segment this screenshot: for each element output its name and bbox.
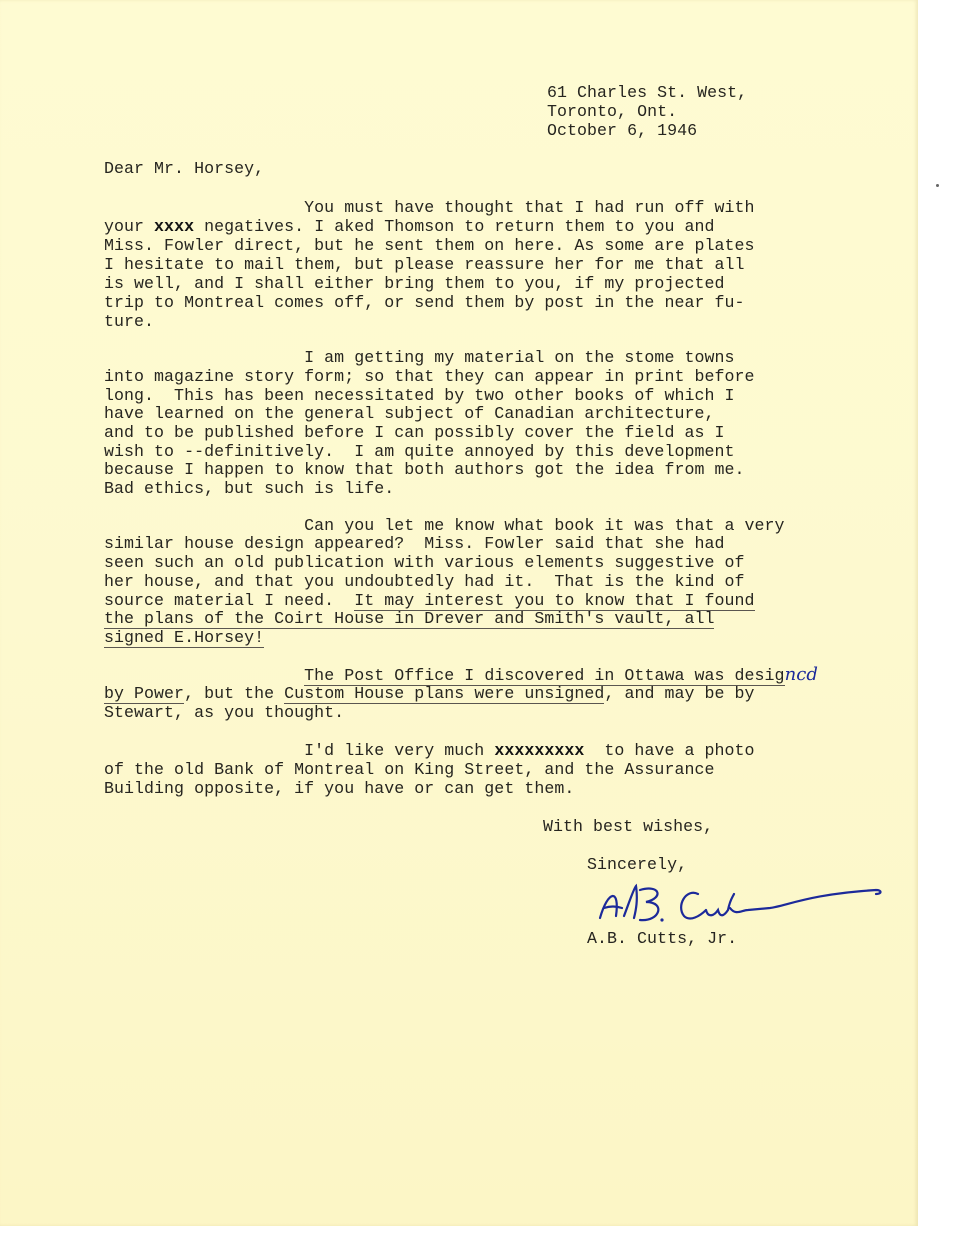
address-city: Toronto, Ont.	[547, 103, 677, 122]
text-line: seen such an old publication with variou…	[104, 554, 745, 573]
underlined-text: Custom House plans were unsigned	[284, 684, 604, 704]
closing-sincerely: Sincerely,	[587, 856, 687, 875]
salutation: Dear Mr. Horsey,	[104, 160, 264, 179]
letter-date: October 6, 1946	[547, 122, 697, 141]
typed-signature: A.B. Cutts, Jr.	[587, 930, 737, 949]
text-line: the plans of the Coirt House in Drever a…	[104, 610, 714, 629]
text-line: is well, and I shall either bring them t…	[104, 275, 725, 294]
text-line: because I happen to know that both autho…	[104, 461, 745, 480]
text-fragment: source material I need.	[104, 591, 354, 610]
text-line: and to be published before I can possibl…	[104, 424, 725, 443]
closing-best-wishes: With best wishes,	[543, 818, 713, 837]
text-line: I'd like very much xxxxxxxxx to have a p…	[104, 742, 755, 761]
text-line: Miss. Fowler direct, but he sent them on…	[104, 237, 755, 256]
underlined-text: signed E.Horsey!	[104, 628, 264, 648]
underlined-text: It may interest you to know that I found	[354, 591, 754, 611]
signature-icon	[590, 880, 890, 930]
text-line: The Post Office I discovered in Ottawa w…	[104, 666, 818, 686]
underlined-text: the plans of the Coirt House in Drever a…	[104, 609, 714, 629]
struck-out-word: xxxxxxxxx	[494, 741, 584, 760]
text-fragment: your	[104, 217, 154, 236]
text-line: signed E.Horsey!	[104, 629, 264, 648]
text-line: wish to --definitively. I am quite annoy…	[104, 443, 735, 462]
text-line: I hesitate to mail them, but please reas…	[104, 256, 745, 275]
text-line: You must have thought that I had run off…	[104, 199, 755, 218]
struck-out-word: xxxx	[154, 217, 194, 236]
text-line: long. This has been necessitated by two …	[104, 387, 735, 406]
indent	[104, 666, 304, 685]
speck	[936, 184, 939, 187]
text-line: her house, and that you undoubtedly had …	[104, 573, 745, 592]
handwritten-correction: ncd	[785, 664, 818, 685]
text-fragment: to have a photo	[584, 741, 754, 760]
text-line: source material I need. It may interest …	[104, 592, 755, 611]
text-line: similar house design appeared? Miss. Fow…	[104, 535, 725, 554]
text-fragment: , and may be by	[604, 684, 754, 703]
text-line: into magazine story form; so that they c…	[104, 368, 755, 387]
text-fragment: negatives. I aked Thomson to return them…	[194, 217, 714, 236]
text-fragment: I'd like very much	[104, 741, 494, 760]
text-line: I am getting my material on the stome to…	[104, 349, 735, 368]
letter-page: 61 Charles St. West, Toronto, Ont. Octob…	[0, 0, 918, 1226]
text-line: trip to Montreal comes off, or send them…	[104, 294, 745, 313]
text-line: Can you let me know what book it was tha…	[104, 517, 785, 536]
text-line: of the old Bank of Montreal on King Stre…	[104, 761, 714, 780]
text-line: ture.	[104, 313, 154, 332]
text-line: Stewart, as you thought.	[104, 704, 344, 723]
underlined-text: The Post Office I discovered in Ottawa w…	[304, 666, 784, 686]
text-line: Bad ethics, but such is life.	[104, 480, 394, 499]
address-street: 61 Charles St. West,	[547, 84, 747, 103]
text-line: by Power, but the Custom House plans wer…	[104, 685, 755, 704]
text-line: Building opposite, if you have or can ge…	[104, 780, 574, 799]
text-fragment: , but the	[184, 684, 284, 703]
underlined-text: by Power	[104, 684, 184, 704]
text-line: have learned on the general subject of C…	[104, 405, 714, 424]
handwritten-signature	[590, 880, 890, 935]
text-line: your xxxx negatives. I aked Thomson to r…	[104, 218, 715, 237]
